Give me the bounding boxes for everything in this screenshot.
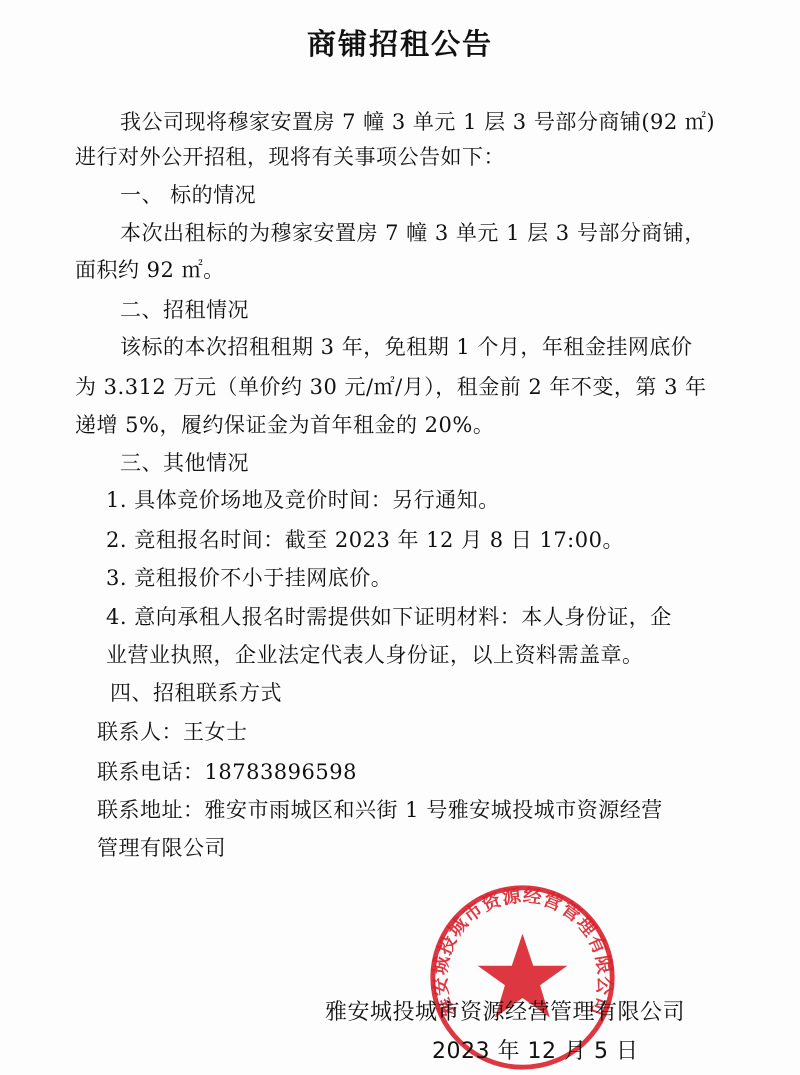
section-3-item-4-cont: 业营业执照，企业法定代表人身份证，以上资料需盖章。 xyxy=(106,642,644,668)
signature-company: 雅安城投城市资源经营管理有限公司 xyxy=(325,1000,685,1026)
section-2-line-2: 为 3.312 万元（单价约 30 元/㎡/月），租金前 2 年不变，第 3 年 xyxy=(75,374,707,400)
section-2-line-3: 递增 5%，履约保证金为首年租金的 20%。 xyxy=(75,412,494,438)
contact-address-cont: 管理有限公司 xyxy=(97,835,226,861)
intro-line-2: 进行对外公开招租，现将有关事项公告如下： xyxy=(75,144,505,170)
document-title: 商铺招租公告 xyxy=(0,22,800,63)
section-2-heading: 二、招租情况 xyxy=(120,297,249,323)
section-1-heading: 一、 标的情况 xyxy=(120,182,256,208)
section-4-heading: 四、招租联系方式 xyxy=(110,680,282,706)
section-3-heading: 三、其他情况 xyxy=(120,450,249,476)
intro-line-1: 我公司现将穆家安置房 7 幢 3 单元 1 层 3 号部分商铺(92 ㎡) xyxy=(120,109,715,135)
contact-person: 联系人：王女士 xyxy=(97,719,248,745)
contact-address: 联系地址：雅安市雨城区和兴街 1 号雅安城投城市资源经营 xyxy=(97,797,663,823)
section-2-line-1: 该标的本次招租租期 3 年，免租期 1 个月，年租金挂网底价 xyxy=(120,334,692,360)
section-3-item-3: 3. 竞租报价不小于挂网底价。 xyxy=(106,565,392,591)
section-3-item-2: 2. 竞租报名时间：截至 2023 年 12 月 8 日 17:00。 xyxy=(106,527,624,553)
contact-phone: 联系电话：18783896598 xyxy=(97,759,357,785)
section-3-item-1: 1. 具体竞价场地及竞价时间：另行通知。 xyxy=(106,487,500,513)
section-1-line-1: 本次出租标的为穆家安置房 7 幢 3 单元 1 层 3 号部分商铺， xyxy=(120,220,706,246)
section-3-item-4: 4. 意向承租人报名时需提供如下证明材料：本人身份证，企 xyxy=(106,604,672,630)
signature-date: 2023 年 12 月 5 日 xyxy=(432,1039,638,1065)
section-1-line-2: 面积约 92 ㎡。 xyxy=(75,257,225,283)
